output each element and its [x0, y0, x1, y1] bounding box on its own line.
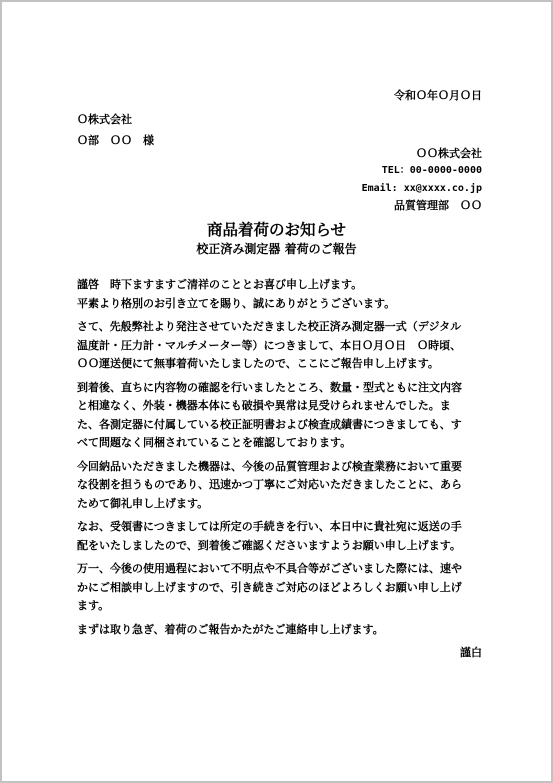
body-paragraph-closing-line: まずは取り急ぎ、着荷のご報告かたがたご連絡申し上げます。 — [77, 621, 484, 640]
sender-company: ＯＯ株式会社 — [75, 145, 482, 162]
sender-block: ＯＯ株式会社 TEL：00-0000-0000 Email: xx@xxxx.c… — [75, 145, 482, 214]
body-paragraph-greeting: 謹啓 時下ますますご清祥のこととお喜び申し上げます。 平素より格別のお引き立てを… — [77, 276, 484, 313]
sender-email: Email: xx@xxxx.co.jp — [75, 180, 482, 197]
letter-page: 令和Ｏ年Ｏ月Ｏ日 Ｏ株式会社 Ｏ部 ＯＯ 様 ＯＯ株式会社 TEL：00-000… — [0, 0, 553, 783]
body-paragraph-arrival-report: さて、先般弊社より発注させていただきました校正済み測定器一式（デジタル 温度計・… — [77, 318, 484, 374]
sender-tel: TEL：00-0000-0000 — [75, 162, 482, 179]
body-paragraph-thanks: 今回納品いただきました機器は、今後の品質管理および検査業務において重要 な役割を… — [77, 458, 484, 514]
closing-word: 謹白 — [77, 644, 484, 663]
body-paragraph-inspection: 到着後、直ちに内容物の確認を行いましたところ、数量・型式ともに注文内容 と相違な… — [77, 379, 484, 453]
body-paragraph-future-contact: 万一、今後の使用過程において不明点や不具合等がございました際には、速や かにご相… — [77, 560, 484, 616]
document-title: 商品着荷のお知らせ — [2, 221, 551, 240]
sender-department: 品質管理部 ＯＯ — [75, 197, 482, 214]
body-paragraph-receipt-return: なお、受領書につきましては所定の手続きを行い、本日中に貴社宛に返送の手 配をいた… — [77, 518, 484, 555]
letter-body: 謹啓 時下ますますご清祥のこととお喜び申し上げます。 平素より格別のお引き立てを… — [77, 276, 484, 663]
document-subtitle: 校正済み測定器 着荷のご報告 — [2, 242, 551, 256]
date-line: 令和Ｏ年Ｏ月Ｏ日 — [75, 89, 482, 103]
recipient-company: Ｏ株式会社 — [77, 110, 154, 131]
